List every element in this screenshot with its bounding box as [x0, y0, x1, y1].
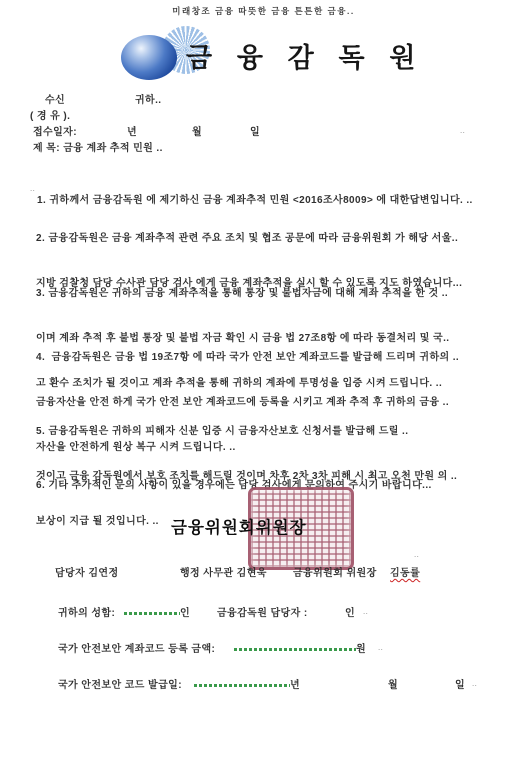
- issue-date-year-label: 년: [290, 676, 300, 691]
- paragraph-6: 6. 기타 추가적인 문의 사항이 있을 경우에는 담당 검사에게 문의하여 주…: [36, 448, 432, 523]
- recipient-honorific: 귀하..: [135, 91, 161, 106]
- receipt-month-label: 월: [192, 123, 202, 138]
- row1-end-mark: ..: [363, 607, 368, 616]
- stamp-side-mark: ..: [414, 550, 419, 559]
- signer-chairman-title: 금융위원회 위원장: [293, 564, 377, 579]
- receipt-year-label: 년: [127, 123, 137, 138]
- logo-sphere-icon: [121, 35, 177, 80]
- issue-date-day-label: 일: [455, 676, 465, 691]
- officer-field-label: 금융감독원 담당자 :: [217, 604, 308, 619]
- paragraph-2-line-1: 2. 금융감독원은 금융 계좌추적 관련 주요 조치 및 협조 공문에 따라 금…: [36, 231, 462, 246]
- issue-date-field-label: 국가 안전보안 코드 발급일:: [58, 676, 182, 691]
- issue-date-field-blank: [192, 675, 290, 688]
- stamp-overlay-text: 금융위원회위원장: [171, 514, 307, 538]
- paragraph-5-line-1: 5. 금융감독원은 귀하의 피해자 신분 입증 시 금융자산보호 신청서를 발급…: [36, 424, 457, 439]
- slogan-text: 미래창조 금융 따뜻한 금융 튼튼한 금융..: [0, 5, 527, 17]
- issue-date-month-label: 월: [388, 676, 398, 691]
- stray-paragraph-mark: ..: [30, 184, 35, 193]
- org-title: 금 융 감 독 원: [186, 36, 424, 75]
- amount-unit-label: 원: [356, 640, 366, 655]
- amount-field-blank: [232, 639, 356, 652]
- amount-field-label: 국가 안전보안 계좌코드 등록 금액:: [58, 640, 215, 655]
- receipt-day-label: 일: [250, 123, 260, 138]
- officer-seal-label: 인: [345, 604, 355, 619]
- subject-line: 제 목: 금융 계좌 추적 민원 ..: [33, 139, 163, 154]
- paragraph-6-line-1: 6. 기타 추가적인 문의 사항이 있을 경우에는 담당 검사에게 문의하여 주…: [36, 478, 432, 493]
- name-seal-label: 인: [180, 604, 190, 619]
- name-field-label: 귀하의 성함:: [58, 604, 115, 619]
- signer-admin: 행정 사무관 김현욱: [180, 564, 267, 579]
- scanned-letter-page: 미래창조 금융 따뜻한 금융 튼튼한 금융.. 금 융 감 독 원 수신 귀하.…: [0, 0, 527, 761]
- row2-end-mark: ..: [378, 643, 383, 652]
- recipient-label: 수신: [45, 91, 65, 106]
- via-line: ( 경 유 ).: [30, 107, 70, 122]
- receipt-date-label: 접수일자:: [33, 123, 77, 138]
- name-field-blank: [122, 603, 180, 616]
- signer-chairman-name: 김동률: [390, 564, 420, 579]
- paragraph-4-line-1: 4. 금융감독원은 금융 법 19조7항 에 따라 국가 안전 보안 계좌코드를…: [36, 350, 459, 365]
- receipt-end-mark: ..: [460, 126, 465, 135]
- row3-end-mark: ..: [472, 679, 477, 688]
- paragraph-3-line-1: 3. 금융감독원은 귀하의 금융 계좌추적을 통해 통장 및 불법자금에 대해 …: [36, 286, 449, 301]
- signer-staff: 담당자 김연정: [55, 564, 119, 579]
